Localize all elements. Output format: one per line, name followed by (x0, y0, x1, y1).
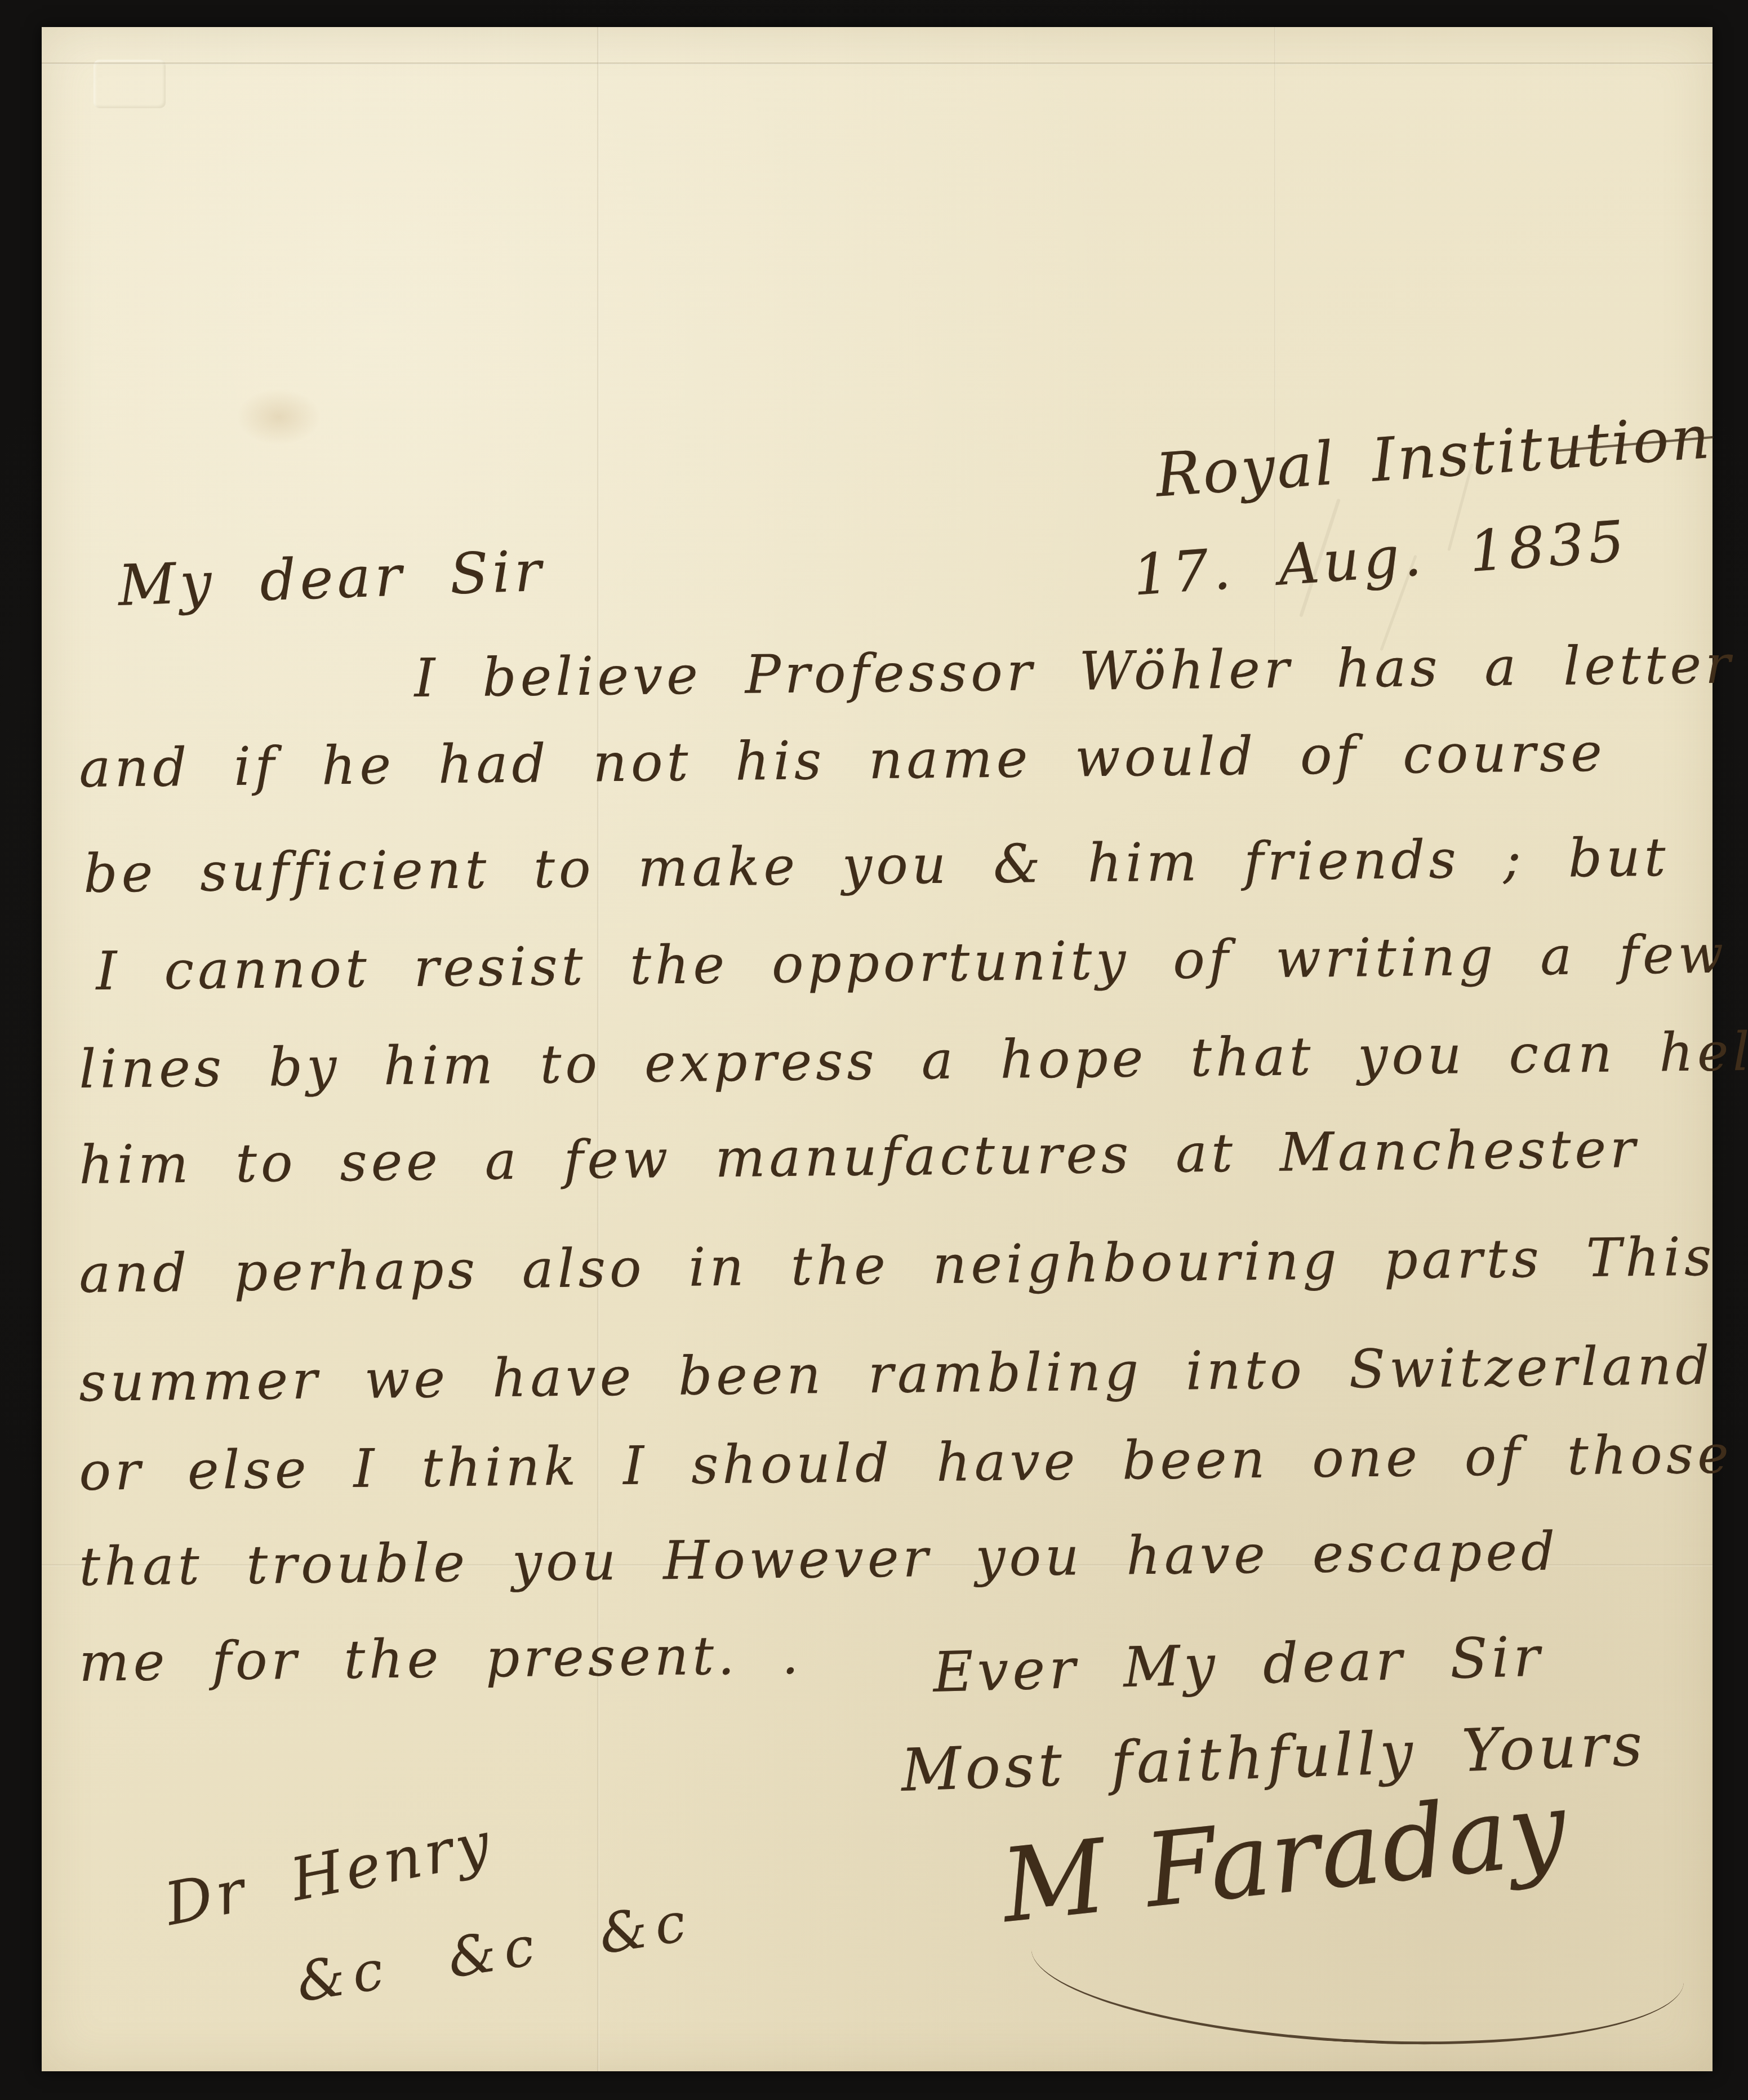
embossed-stamp (94, 60, 166, 108)
body-line-11: me for the present. . (79, 1630, 803, 1690)
valediction-line-1: Ever My dear Sir (932, 1630, 1544, 1701)
body-line-3: be sufficient to make you & him friends … (83, 832, 1670, 901)
salutation: My dear Sir (117, 543, 546, 614)
body-line-2: and if he had not his name would of cour… (79, 727, 1606, 796)
body-line-10: that trouble you However you have escape… (79, 1525, 1559, 1594)
body-line-6: him to see a few manufactures at Manches… (79, 1123, 1639, 1192)
paper-stain (237, 389, 321, 445)
scanned-letter-page: { "letter": { "heading": { "place": "Roy… (0, 0, 1748, 2100)
body-line-1: I believe Professor Wöhler has a letter … (414, 636, 1748, 705)
